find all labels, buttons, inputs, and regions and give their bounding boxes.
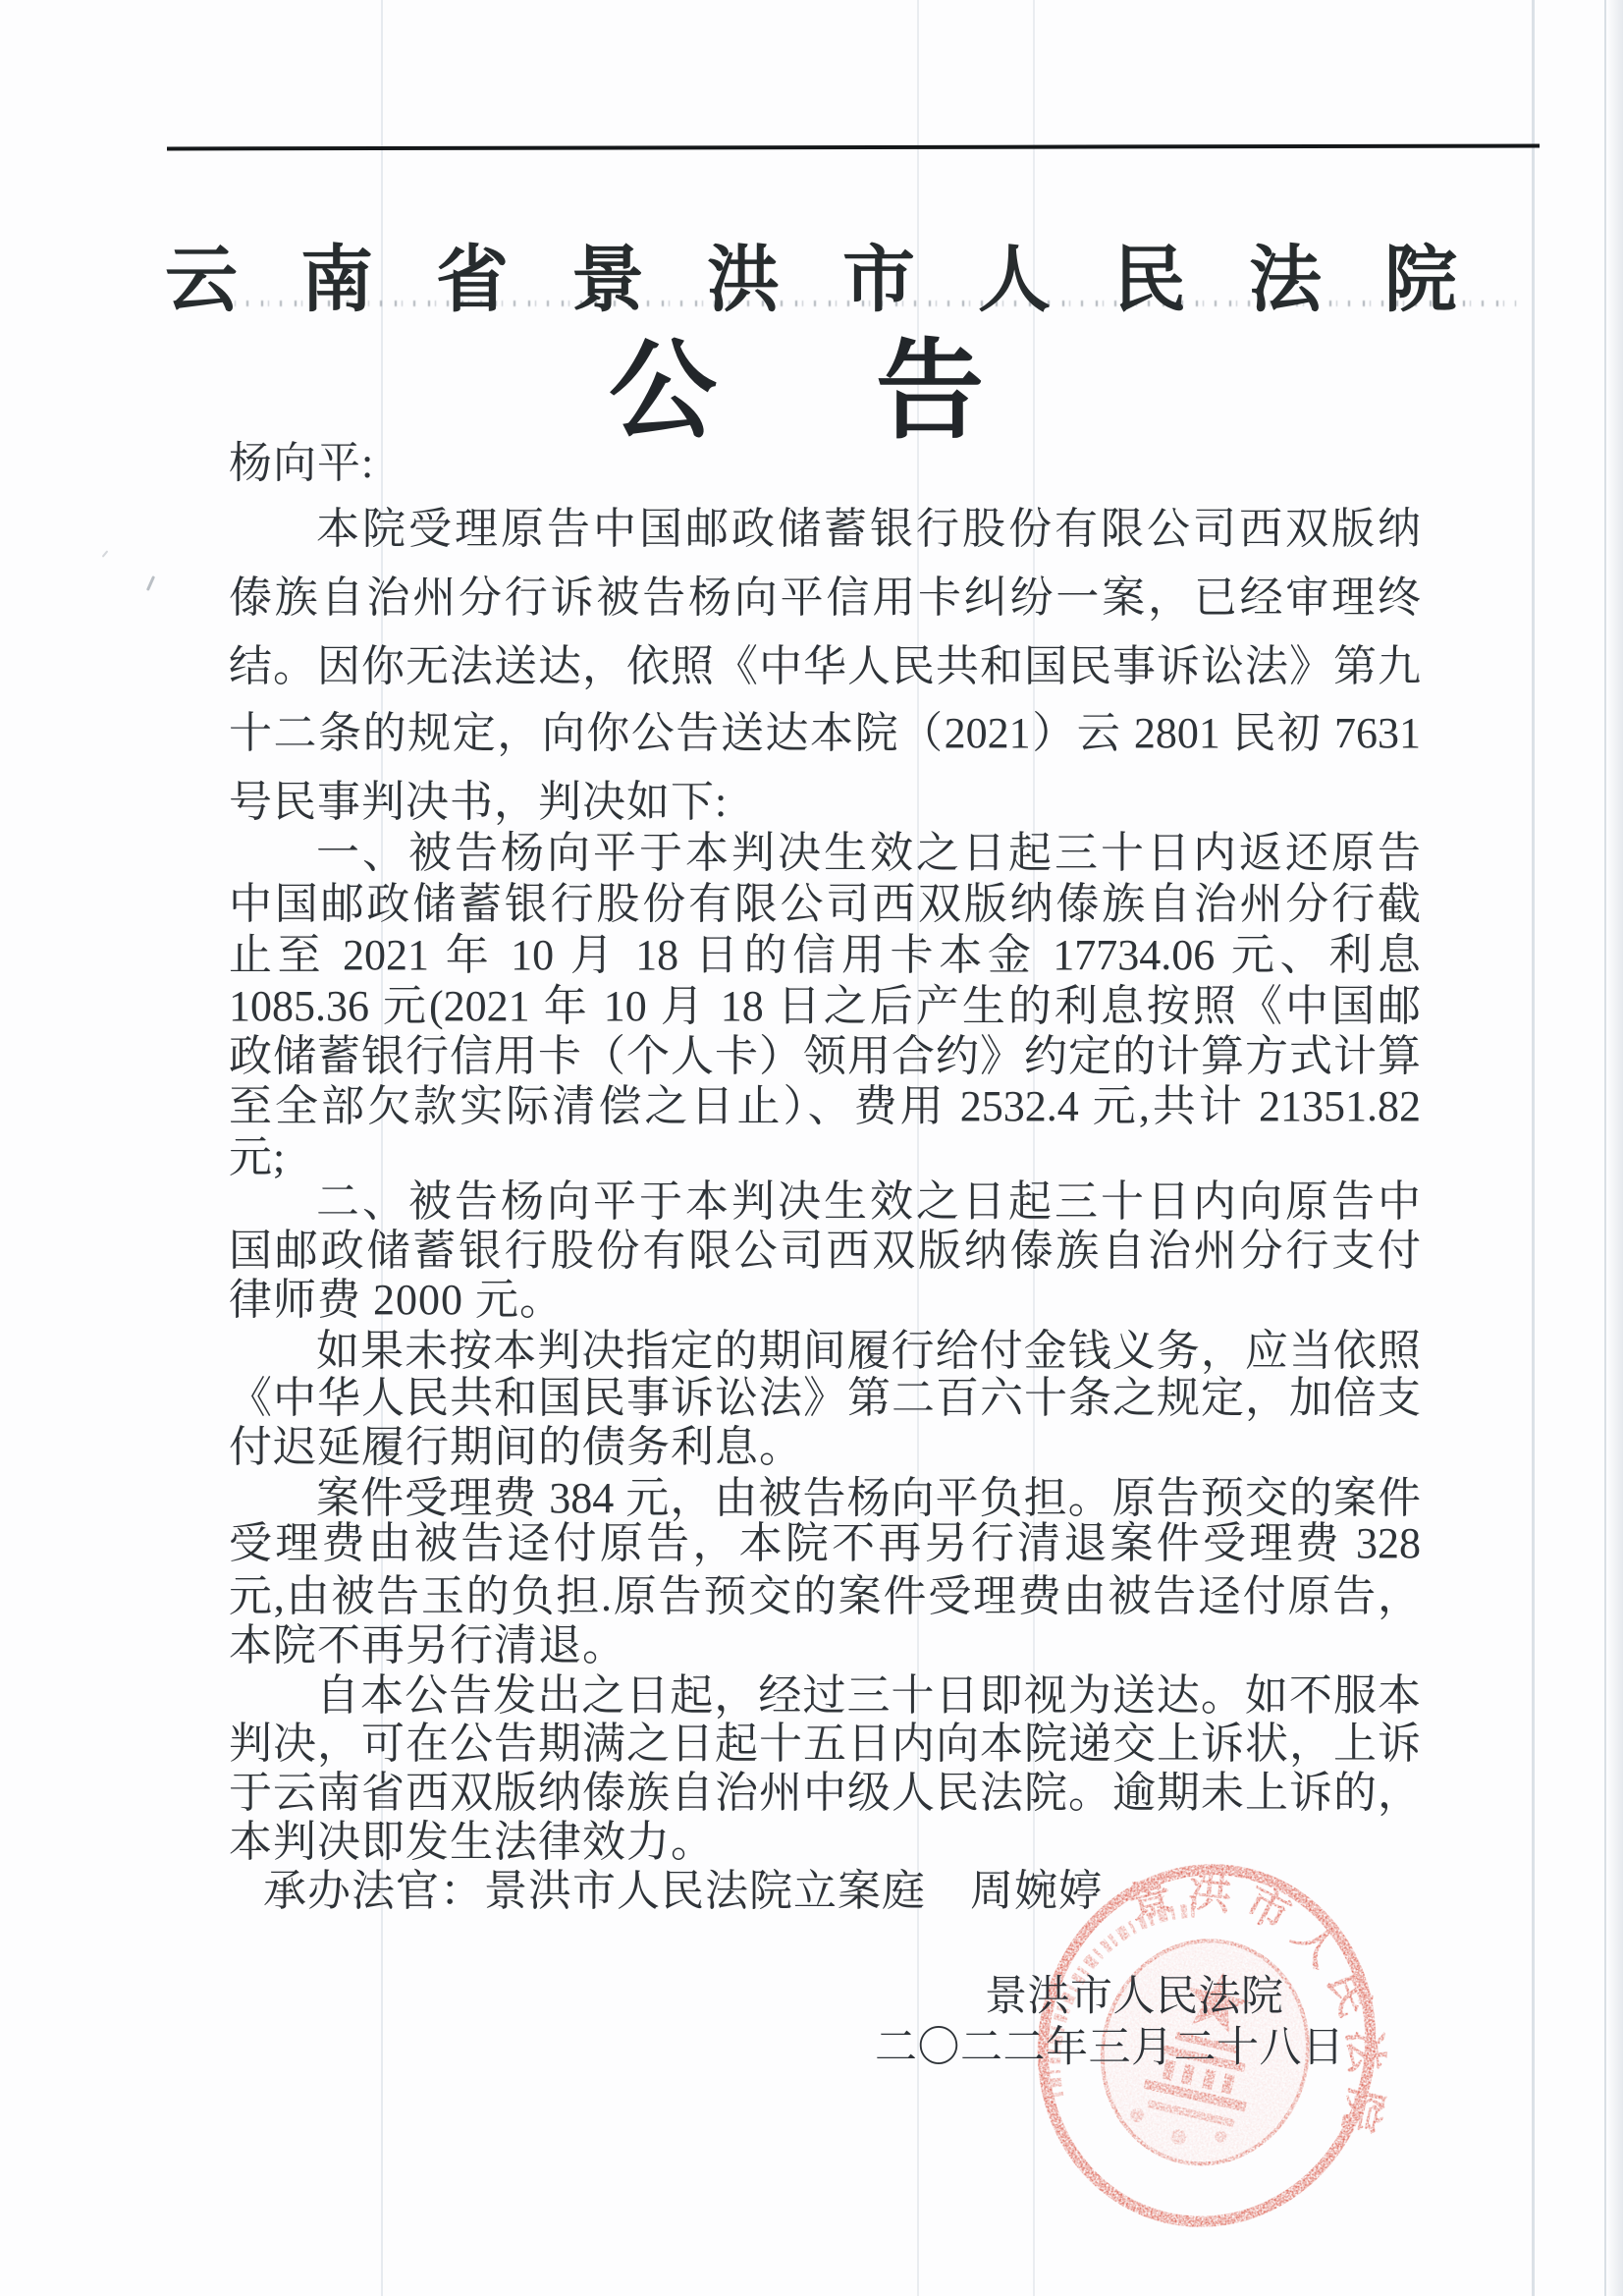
document-line: 《中华人民共和国民事诉讼法》第二百六十条之规定，加倍支 [229,1373,1421,1424]
document-line: 杨向平: [229,438,374,489]
document-line: 元,由被告玉的负担.原告预交的案件受理费由被告迳付原告， [229,1571,1421,1622]
document-line: 国邮政储蓄银行股份有限公司西双版纳傣族自治州分行支付 [229,1226,1421,1277]
document-line: 本院不再另行清退。 [229,1620,626,1671]
scan-streak [1532,0,1535,2296]
document-line: 本院受理原告中国邮政储蓄银行股份有限公司西双版纳 [316,504,1421,555]
document-line: 如果未按本判决指定的期间履行给付金钱义务，应当依照 [316,1326,1421,1377]
signature-date: 二〇二二年三月二十八日 [875,2014,1345,2074]
notice-title: 公告 [609,304,1143,460]
document-line: 本判决即发生法律效力。 [229,1817,715,1868]
document-line: 元; [229,1132,286,1183]
document-line: 承办法官：景洪市人民法院立案庭 周婉婷 [263,1866,1103,1917]
scan-speck [146,575,155,591]
scan-streak [381,0,383,2296]
document-line: 二、被告杨向平于本判决生效之日起三十日内向原告中 [316,1176,1421,1228]
header-rule [167,144,1540,151]
document-line: 号民事判决书，判决如下: [229,777,728,828]
document-line: 一、被告杨向平于本判决生效之日起三十日内返还原告 [316,828,1421,879]
document-line: 付迟延履行期间的债务利息。 [229,1422,803,1473]
document-line: 1085.36 元(2021 年 10 月 18 日之后产生的利息按照《中国邮 [229,981,1421,1032]
document-line: 案件受理费 384 元，由被告杨向平负担。原告预交的案件 [316,1473,1421,1524]
scan-speck [102,550,109,557]
document-line: 至全部欠款实际清偿之日止）、费用 2532.4 元,共计 21351.82 [229,1081,1421,1132]
document-line: 中国邮政储蓄银行股份有限公司西双版纳傣族自治州分行截 [229,879,1421,930]
scanned-court-notice-page: 云南省景洪市人民法院 公告 杨向平:本院受理原告中国邮政储蓄银行股份有限公司西双… [0,0,1623,2296]
scan-edge-shadow [1607,0,1623,2296]
document-line: 政储蓄银行信用卡（个人卡）领用合约》约定的计算方式计算 [229,1031,1421,1082]
document-line: 于云南省西双版纳傣族自治州中级人民法院。逾期未上诉的， [229,1768,1421,1819]
scan-streak [1604,0,1606,2296]
document-line: 傣族自治州分行诉被告杨向平信用卡纠纷一案，已经审理终 [229,573,1421,624]
document-line: 十二条的规定，向你公告送达本院（2021）云 2801 民初 7631 [229,708,1421,759]
document-line: 受理费由被告迳付原告，本院不再另行清退案件受理费 328 [229,1518,1421,1569]
document-line: 结。因你无法送达，依照《中华人民共和国民事诉讼法》第九 [229,641,1421,692]
document-line: 律师费 2000 元。 [229,1275,564,1326]
document-line: 止至 2021 年 10 月 18 日的信用卡本金 17734.06 元、利息 [229,930,1421,981]
document-line: 判决，可在公告期满之日起十五日内向本院递交上诉状，上诉 [229,1719,1421,1770]
document-line: 自本公告发出之日起，经过三十日即视为送达。如不服本 [316,1670,1421,1722]
